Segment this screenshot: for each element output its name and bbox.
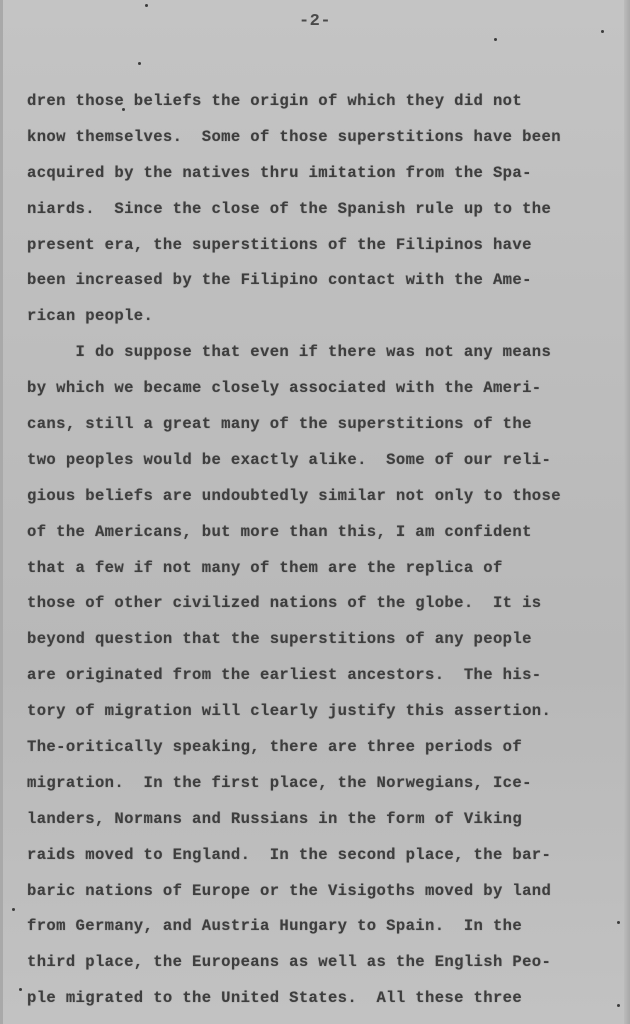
text-line: acquired by the natives thru imitation f… — [27, 156, 627, 192]
dust-speck — [12, 908, 15, 911]
text-line: present era, the superstitions of the Fi… — [27, 228, 627, 264]
typewritten-body: dren those beliefs the origin of which t… — [27, 84, 627, 1017]
text-line: migration. In the first place, the Norwe… — [27, 766, 627, 802]
text-line: know themselves. Some of those superstit… — [27, 120, 627, 156]
text-line: third place, the Europeans as well as th… — [27, 945, 627, 981]
text-line: The-oritically speaking, there are three… — [27, 730, 627, 766]
text-line: are originated from the earliest ancesto… — [27, 658, 627, 694]
text-line: beyond question that the superstitions o… — [27, 622, 627, 658]
text-line: been increased by the Filipino contact w… — [27, 263, 627, 299]
text-line: landers, Normans and Russians in the for… — [27, 802, 627, 838]
text-line: rican people. — [27, 299, 627, 335]
dust-speck — [617, 1004, 620, 1007]
text-line: of the Americans, but more than this, I … — [27, 515, 627, 551]
text-line: from Germany, and Austria Hungary to Spa… — [27, 909, 627, 945]
dust-speck — [122, 108, 125, 111]
text-line: baric nations of Europe or the Visigoths… — [27, 874, 627, 910]
text-line: dren those beliefs the origin of which t… — [27, 84, 627, 120]
dust-speck — [617, 921, 620, 924]
text-line: raids moved to England. In the second pl… — [27, 838, 627, 874]
dust-speck — [494, 38, 497, 41]
text-line: two peoples would be exactly alike. Some… — [27, 443, 627, 479]
text-line: I do suppose that even if there was not … — [27, 335, 627, 371]
text-line: by which we became closely associated wi… — [27, 371, 627, 407]
text-line: those of other civilized nations of the … — [27, 586, 627, 622]
text-line: tory of migration will clearly justify t… — [27, 694, 627, 730]
dust-speck — [138, 62, 141, 65]
text-line: cans, still a great many of the supersti… — [27, 407, 627, 443]
page-edge-left — [0, 0, 3, 1024]
text-line: gious beliefs are undoubtedly similar no… — [27, 479, 627, 515]
text-line: that a few if not many of them are the r… — [27, 551, 627, 587]
dust-speck — [19, 988, 22, 991]
text-line: ple migrated to the United States. All t… — [27, 981, 627, 1017]
dust-speck — [601, 30, 604, 33]
text-line: niards. Since the close of the Spanish r… — [27, 192, 627, 228]
dust-speck — [145, 4, 148, 7]
document-page: -2- dren those beliefs the origin of whi… — [0, 0, 630, 1024]
page-number: -2- — [0, 12, 630, 31]
